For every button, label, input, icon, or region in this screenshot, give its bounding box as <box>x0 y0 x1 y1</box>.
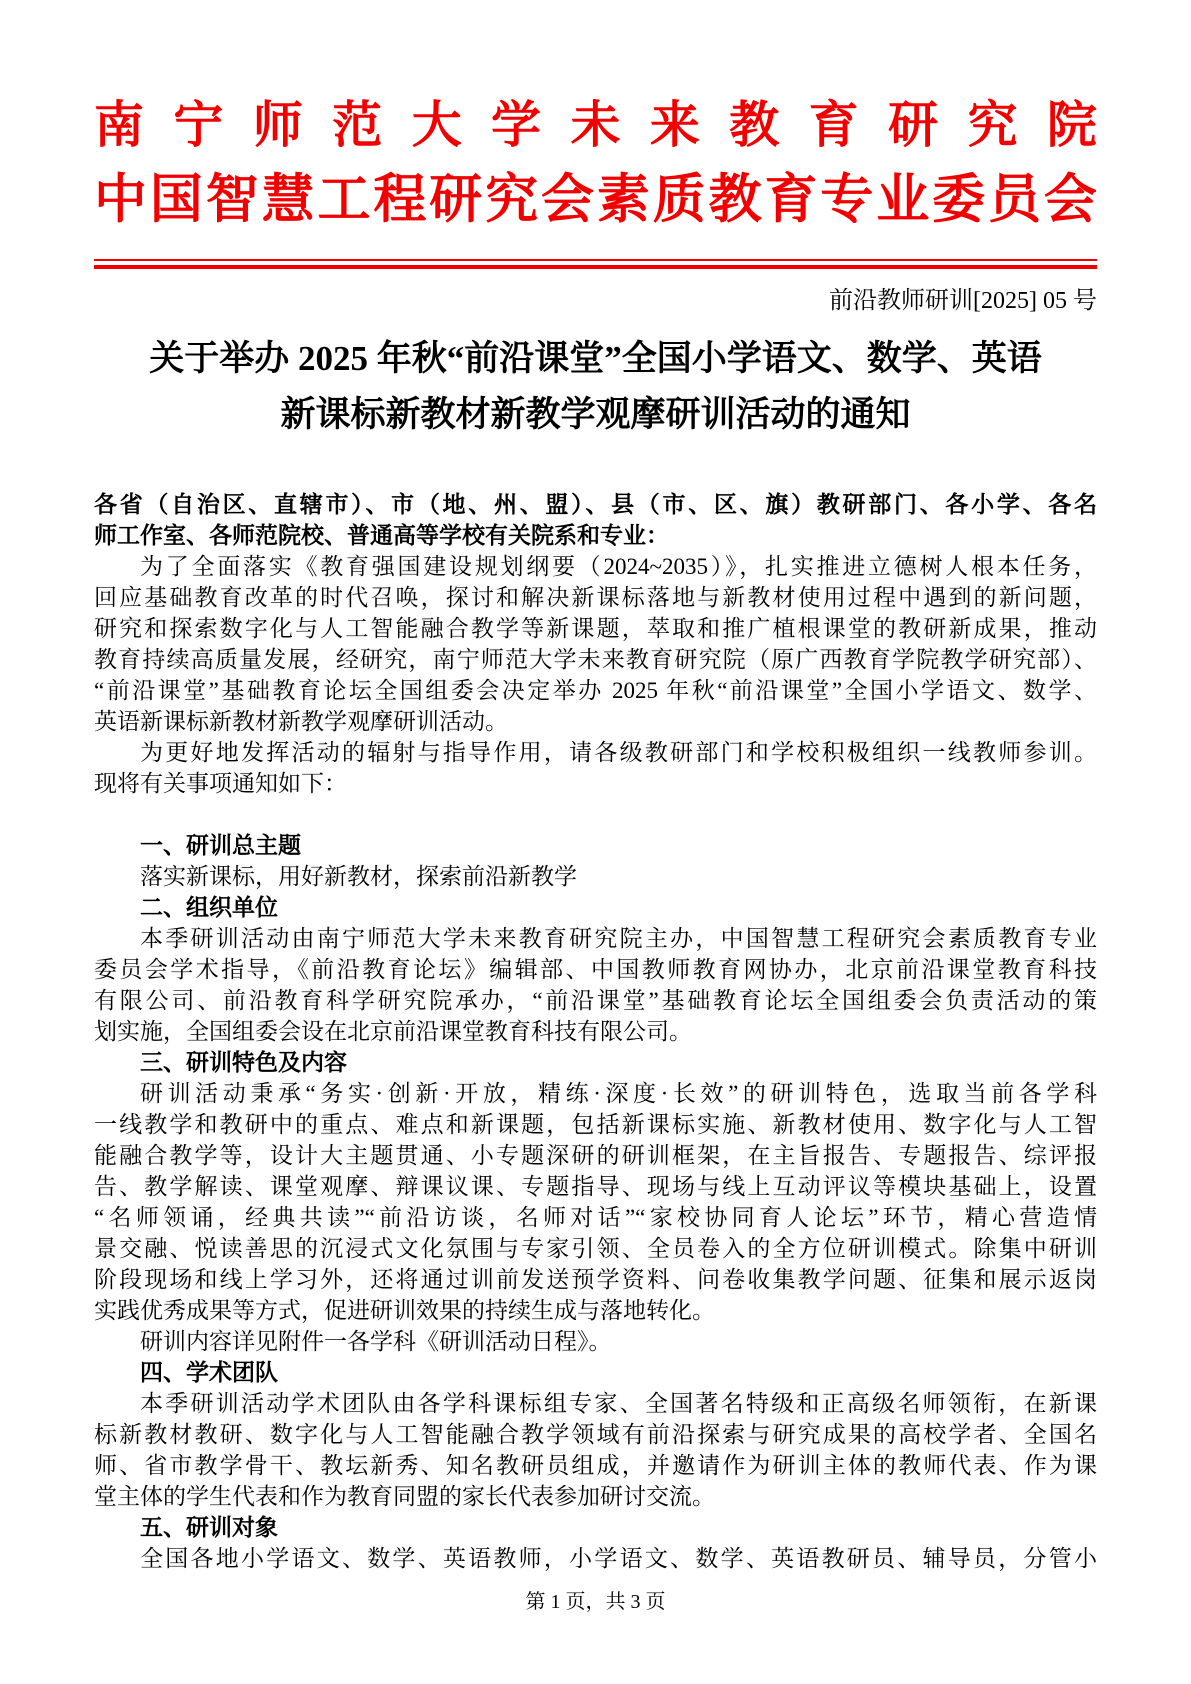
body-text-line: 英语新课标新教材新教学观摩研训活动。 <box>94 706 1097 737</box>
body-text-line: 教育持续高质量发展，经研究，南宁师范大学未来教育研究院（原广西教育学院教学研究部… <box>94 644 1097 675</box>
document-number: 前沿教师研训[2025] 05 号 <box>94 287 1097 315</box>
document-body: 各省（自治区、直辖市）、市（地、州、盟）、县（市、区、旗）教研部门、各小学、各名… <box>94 489 1097 1574</box>
body-text-line: 阶段现场和线上学习外，还将通过训前发送预学资料、问卷收集教学问题、征集和展示返岗 <box>94 1264 1097 1295</box>
body-text-line: 为了全面落实《教育强国建设规划纲要（2024~2035）》，扎实推进立德树人根本… <box>94 551 1097 582</box>
body-text-line: 有限公司、前沿教育科学研究院承办，“前沿课堂”基础教育论坛全国组委会负责活动的策 <box>94 985 1097 1016</box>
body-text-line: 师、省市教学骨干、教坛新秀、知名教研员组成，并邀请作为研训主体的教师代表、作为课 <box>94 1450 1097 1481</box>
document-content: 南宁师范大学未来教育研究院 中国智慧工程研究会素质教育专业委员会 前沿教师研训[… <box>0 96 1191 1574</box>
document-title-line-1: 关于举办 2025 年秋“前沿课堂”全国小学语文、数学、英语 <box>94 331 1097 387</box>
document-page: 南宁师范大学未来教育研究院 中国智慧工程研究会素质教育专业委员会 前沿教师研训[… <box>0 0 1191 1684</box>
body-text-line: 本季研训活动学术团队由各学科课标组专家、全国著名特级和正高级名师领衔，在新课 <box>94 1388 1097 1419</box>
page-number-footer: 第 1 页，共 3 页 <box>0 1590 1191 1614</box>
body-text-line: 一线教学和教研中的重点、难点和新课题，包括新课标实施、新教材使用、数字化与人工智 <box>94 1109 1097 1140</box>
body-heading-line: 师工作室、各师范院校、普通高等学校有关院系和专业： <box>94 520 1097 551</box>
body-heading-line: 四、学术团队 <box>94 1357 1097 1388</box>
body-text-line: 本季研训活动由南宁师范大学未来教育研究院主办，中国智慧工程研究会素质教育专业 <box>94 923 1097 954</box>
body-text-line: 研训内容详见附件一各学科《研训活动日程》。 <box>94 1326 1097 1357</box>
body-text-line: 研训活动秉承“务实·创新·开放，精练·深度·长效”的研训特色，选取当前各学科 <box>94 1078 1097 1109</box>
letterhead-line-2: 中国智慧工程研究会素质教育专业委员会 <box>94 170 1097 231</box>
body-text-line: 告、教学解读、课堂观摩、辩课议课、专题指导、现场与线上互动评议等模块基础上，设置 <box>94 1171 1097 1202</box>
body-text-line: 景交融、悦读善思的沉浸式文化氛围与专家引领、全员卷入的全方位研训模式。除集中研训 <box>94 1233 1097 1264</box>
body-text-line: 回应基础教育改革的时代召唤，探讨和解决新课标落地与新教材使用过程中遇到的新问题， <box>94 582 1097 613</box>
body-text-line: 标新教材教研、数字化与人工智能融合教学领域有前沿探索与研究成果的高校学者、全国名 <box>94 1419 1097 1450</box>
body-text-line: 研究和探索数字化与人工智能融合教学等新课题，萃取和推广植根课堂的教研新成果，推动 <box>94 613 1097 644</box>
body-text-line: “名师领诵，经典共读”“前沿访谈，名师对话”“家校协同育人论坛”环节，精心营造情 <box>94 1202 1097 1233</box>
body-text-line: 现将有关事项通知如下： <box>94 768 1097 799</box>
body-text-line: 划实施，全国组委会设在北京前沿课堂教育科技有限公司。 <box>94 1016 1097 1047</box>
body-text-line: 为更好地发挥活动的辐射与指导作用，请各级教研部门和学校积极组织一线教师参训。 <box>94 737 1097 768</box>
body-text-line: 能融合教学等，设计大主题贯通、小专题深研的研训框架，在主旨报告、专题报告、综评报 <box>94 1140 1097 1171</box>
body-text-line: 堂主体的学生代表和作为教育同盟的家长代表参加研讨交流。 <box>94 1481 1097 1512</box>
red-separator-rule <box>94 259 1097 269</box>
body-text-line: 实践优秀成果等方式，促进研训效果的持续生成与落地转化。 <box>94 1295 1097 1326</box>
document-title-line-2: 新课标新教材新教学观摩研训活动的通知 <box>94 387 1097 443</box>
body-text-line: 落实新课标，用好新教材，探索前沿新教学 <box>94 861 1097 892</box>
letterhead-line-1: 南宁师范大学未来教育研究院 <box>94 96 1097 154</box>
body-heading-line: 二、组织单位 <box>94 892 1097 923</box>
blank-line <box>94 799 1097 830</box>
body-heading-line: 五、研训对象 <box>94 1512 1097 1543</box>
body-heading-line: 三、研训特色及内容 <box>94 1047 1097 1078</box>
body-heading-line: 各省（自治区、直辖市）、市（地、州、盟）、县（市、区、旗）教研部门、各小学、各名 <box>94 489 1097 520</box>
body-heading-line: 一、研训总主题 <box>94 830 1097 861</box>
body-text-line: 全国各地小学语文、数学、英语教师，小学语文、数学、英语教研员、辅导员，分管小 <box>94 1543 1097 1574</box>
body-text-line: 委员会学术指导，《前沿教育论坛》编辑部、中国教师教育网协办，北京前沿课堂教育科技 <box>94 954 1097 985</box>
body-text-line: “前沿课堂”基础教育论坛全国组委会决定举办 2025 年秋“前沿课堂”全国小学语… <box>94 675 1097 706</box>
